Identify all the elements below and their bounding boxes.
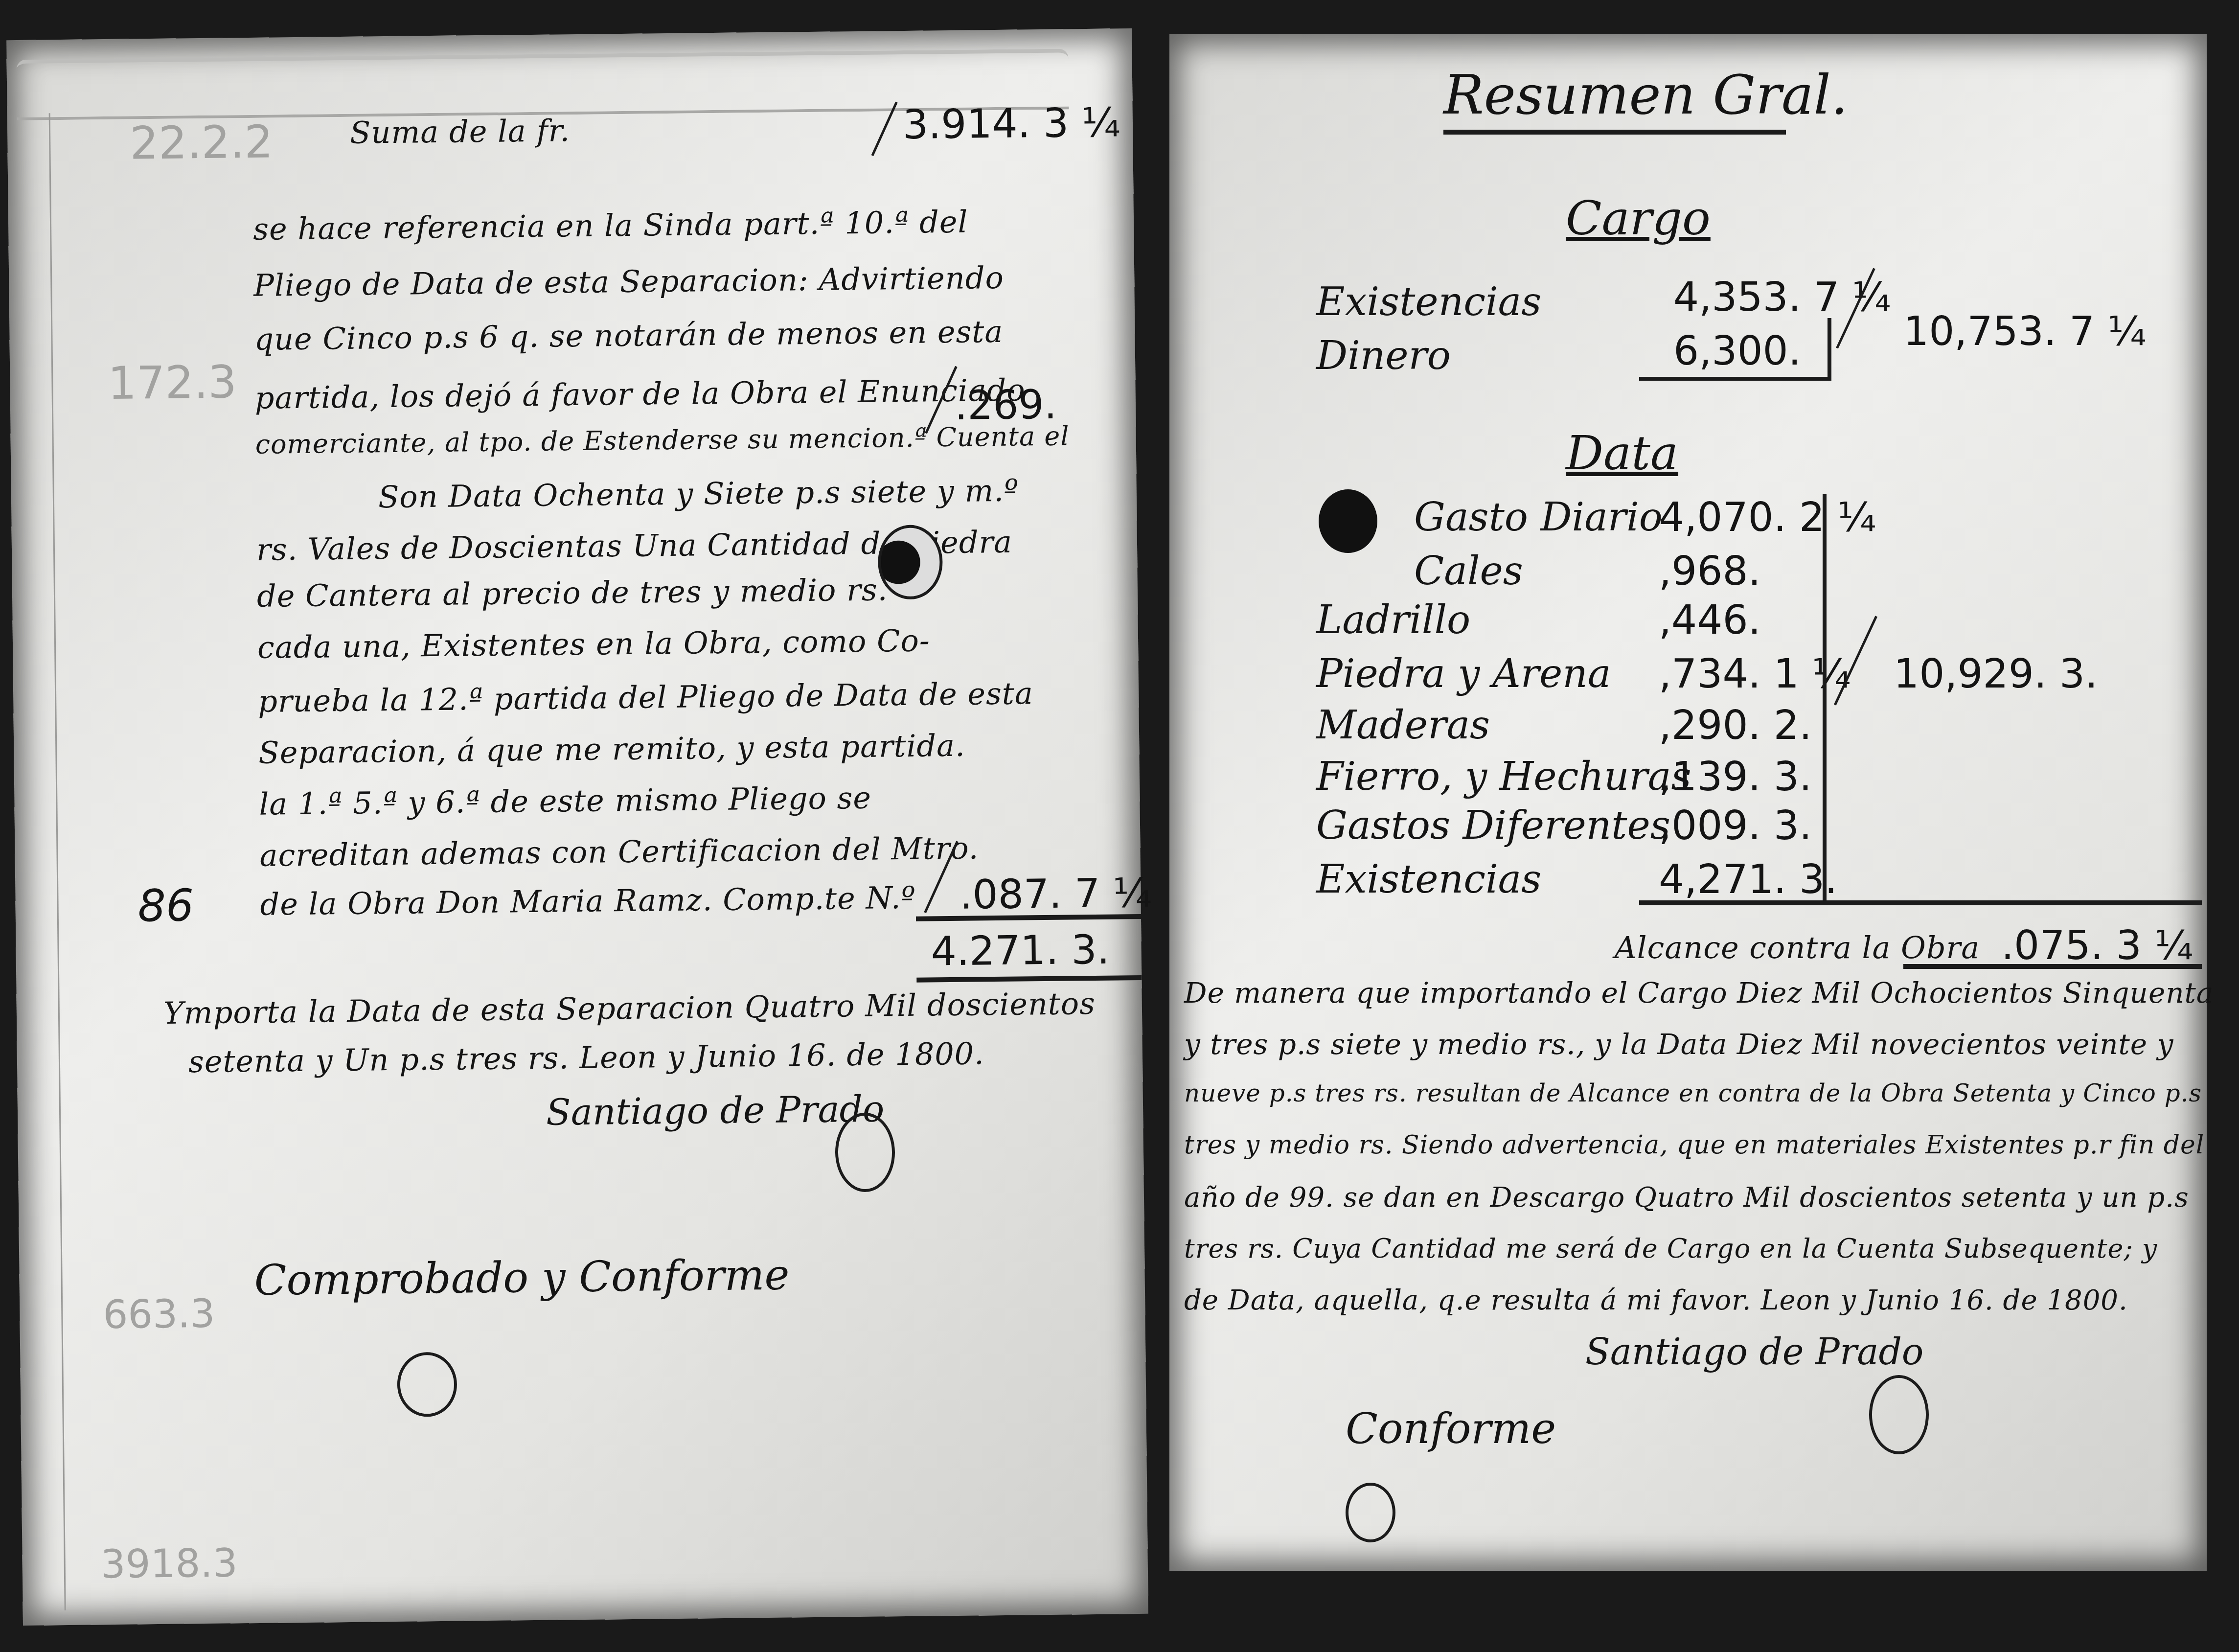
sum-amount: 3.914. 3 ¼ — [903, 99, 1121, 148]
text-line: De manera que importando el Cargo Diez M… — [1184, 976, 2214, 1010]
cargo-bracket — [1828, 318, 1831, 381]
cargo-amount-dinero: 6,300. — [1673, 328, 1801, 374]
amount-total: 4.271. 3. — [931, 927, 1110, 975]
verification-rubric — [1346, 1483, 1395, 1542]
text-line: Son Data Ochenta y Siete p.s siete y m.º — [378, 473, 1019, 515]
verification-note: Comprobado y Conforme — [254, 1251, 790, 1305]
text-line: año de 99. se dan en Descargo Quatro Mil… — [1184, 1182, 2189, 1214]
faint-bleedthrough-number: 663.3 — [103, 1291, 215, 1337]
data-amount: ,139. 3. — [1659, 754, 1812, 800]
cargo-heading: Cargo — [1566, 191, 1711, 246]
left-paragraph: se hace referencia en la Sinda part.ª 10… — [6, 28, 1132, 40]
faint-bleedthrough-number: 3918.3 — [100, 1540, 238, 1587]
text-line: tres y medio rs. Siendo advertencia, que… — [1184, 1130, 2204, 1160]
text-line: que Cinco p.s 6 q. se notarán de menos e… — [254, 314, 1004, 357]
double-rule-bottom — [916, 975, 1142, 983]
data-amount: ,968. — [1659, 548, 1761, 595]
double-rule-top — [916, 914, 1141, 921]
data-item: Ladrillo — [1316, 597, 1470, 642]
signature-rubric — [1869, 1375, 1929, 1454]
closing-line: Ymporta la Data de esta Separacion Quatr… — [163, 986, 1096, 1031]
data-item: Fierro, y Hechuras — [1316, 754, 1691, 799]
text-line: prueba la 12.ª partida del Pliego de Dat… — [258, 675, 1033, 719]
text-line: y tres p.s siete y medio rs., y la Data … — [1184, 1028, 2173, 1061]
cargo-amount-existencias: 4,353. 7 ¼ — [1673, 274, 1891, 321]
cargo-item-existencias: Existencias — [1316, 279, 1541, 324]
data-item: Gasto Diario — [1414, 494, 1663, 540]
cargo-total: 10,753. 7 ¼ — [1903, 308, 2147, 355]
data-amount: 4,271. 3. — [1659, 856, 1837, 903]
alcance-underline — [1903, 964, 2202, 969]
faint-bleedthrough-number: 22.2.2 — [130, 115, 274, 169]
left-manuscript-page: 22.2.2 172.3 663.3 3918.3 Suma de la fr.… — [6, 28, 1148, 1626]
data-amount: ,734. 1 ¼ — [1659, 651, 1851, 697]
data-item: Existencias — [1316, 856, 1541, 902]
text-line: partida, los dejó á favor de la Obra el … — [254, 372, 1026, 415]
text-line: cada una, Existentes en la Obra, como Co… — [257, 622, 930, 665]
data-amount: ,446. — [1659, 597, 1761, 643]
margin-number: 86 — [137, 880, 194, 932]
text-line: de Data, aquella, q.e resulta á mi favor… — [1184, 1285, 2128, 1316]
amount-269: .269. — [955, 382, 1057, 429]
signature-santiago-de-prado: Santiago de Prado — [546, 1088, 885, 1133]
text-line: acreditan ademas con Certificacion del M… — [259, 830, 979, 873]
data-bracket — [1823, 494, 1827, 900]
margin-rule — [49, 113, 66, 1610]
data-heading: Data — [1566, 426, 1678, 481]
data-amount: ,290. 2. — [1659, 702, 1812, 749]
alcance-amount: .075. 3 ¼ — [2001, 922, 2193, 969]
data-item: Maderas — [1316, 702, 1490, 748]
data-item: Gastos Diferentes — [1316, 803, 1670, 848]
data-total: 10,929. 3. — [1894, 651, 2098, 697]
punch-hole — [878, 525, 943, 599]
signature-santiago-de-prado: Santiago de Prado — [1585, 1331, 1923, 1373]
data-item: Cales — [1414, 548, 1523, 594]
text-line: comerciante, al tpo. de Estenderse su me… — [255, 420, 1069, 459]
alcance-label: Alcance contra la Obra — [1615, 930, 1980, 965]
text-line: de Cantera al precio de tres y medio rs. — [257, 572, 888, 614]
verification-note: Conforme — [1346, 1404, 1556, 1453]
data-total-rule — [1639, 900, 2202, 905]
text-line: Separacion, á que me remito, y esta part… — [258, 728, 965, 771]
verification-rubric — [397, 1352, 457, 1417]
right-manuscript-page: Resumen Gral. Cargo Existencias 4,353. 7… — [1169, 34, 2207, 1571]
text-line: de la Obra Don Maria Ramz. Comp.te N.º — [260, 880, 916, 922]
title-underline — [1443, 130, 1786, 135]
closing-line: setenta y Un p.s tres rs. Leon y Junio 1… — [188, 1035, 985, 1079]
punch-hole — [1319, 489, 1377, 553]
data-item: Piedra y Arena — [1316, 651, 1611, 696]
faint-bleedthrough-number: 172.3 — [108, 356, 237, 410]
amount-87: .087. 7 ¼ — [960, 870, 1152, 918]
data-amount: 4,070. 2 ¼ — [1659, 494, 1876, 541]
cargo-item-dinero: Dinero — [1316, 333, 1451, 378]
signature-rubric — [835, 1112, 895, 1192]
page-title: Resumen Gral. — [1443, 64, 1848, 126]
text-line: se hace referencia en la Sinda part.ª 10… — [253, 204, 968, 247]
text-line: la 1.ª 5.ª y 6.ª de este mismo Pliego se — [259, 780, 871, 822]
text-line: nueve p.s tres rs. resultan de Alcance e… — [1184, 1079, 2202, 1107]
text-line: Pliego de Data de esta Separacion: Advir… — [253, 260, 1004, 303]
text-line: tres rs. Cuya Cantidad me será de Cargo … — [1184, 1233, 2157, 1264]
data-amount: ,009. 3. — [1659, 803, 1812, 849]
cargo-underline — [1639, 377, 1830, 381]
sum-label: Suma de la fr. — [350, 113, 571, 151]
